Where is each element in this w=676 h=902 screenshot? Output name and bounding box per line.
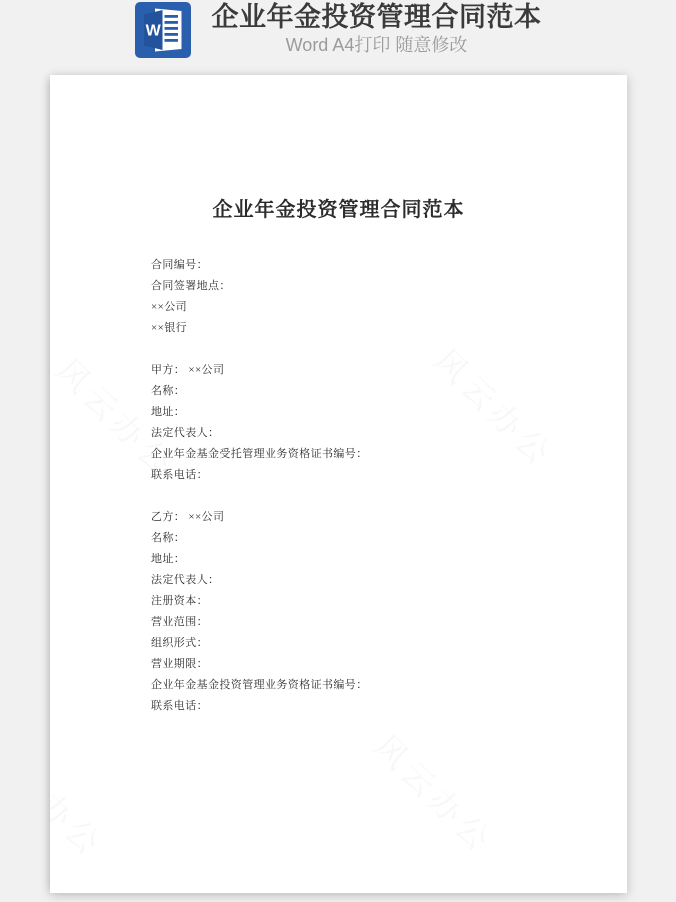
word-file-icon: W [135,2,191,58]
document-page: 风云办公 风云办公 风云办公 风云办公 企业年金投资管理合同范本 合同编号： 合… [50,75,627,893]
preview-header: W 企业年金投资管理合同范本 Word A4打印 随意修改 [0,0,676,62]
contract-body: 合同编号： 合同签署地点： ××公司 ××银行 甲方： ××公司 名称： 地址：… [151,255,577,717]
contract-line: 组织形式： [151,633,577,654]
contract-line: 合同编号： [151,255,577,276]
contract-line: ××银行 [151,318,577,339]
contract-line: 地址： [151,549,577,570]
header-text-block: 企业年金投资管理合同范本 Word A4打印 随意修改 [212,0,542,57]
contract-line: 甲方： ××公司 [151,360,577,381]
word-icon-letter: W [145,23,161,40]
contract-line: 联系电话： [151,465,577,486]
template-title: 企业年金投资管理合同范本 [212,0,542,34]
contract-line: 乙方： ××公司 [151,507,577,528]
contract-line: 注册资本： [151,591,577,612]
contract-line: 联系电话： [151,696,577,717]
contract-title: 企业年金投资管理合同范本 [50,198,627,222]
watermark-text: 风云办公 [50,727,115,867]
party-a-section: 甲方： ××公司 名称： 地址： 法定代表人： 企业年金基金受托管理业务资格证书… [151,360,577,486]
contract-line: 地址： [151,402,577,423]
contract-line: 营业范围： [151,612,577,633]
party-b-section: 乙方： ××公司 名称： 地址： 法定代表人： 注册资本： 营业范围： 组织形式… [151,507,577,717]
template-subtitle: Word A4打印 随意修改 [286,34,468,57]
contract-line: 企业年金基金投资管理业务资格证书编号： [151,675,577,696]
contract-line: 营业期限： [151,654,577,675]
contract-line: 法定代表人： [151,570,577,591]
contract-line: ××公司 [151,297,577,318]
contract-line: 合同签署地点： [151,276,577,297]
contract-header-section: 合同编号： 合同签署地点： ××公司 ××银行 [151,255,577,339]
contract-line: 企业年金基金受托管理业务资格证书编号： [151,444,577,465]
watermark-text: 风云办公 [365,723,505,863]
contract-line: 名称： [151,528,577,549]
contract-line: 名称： [151,381,577,402]
contract-line: 法定代表人： [151,423,577,444]
